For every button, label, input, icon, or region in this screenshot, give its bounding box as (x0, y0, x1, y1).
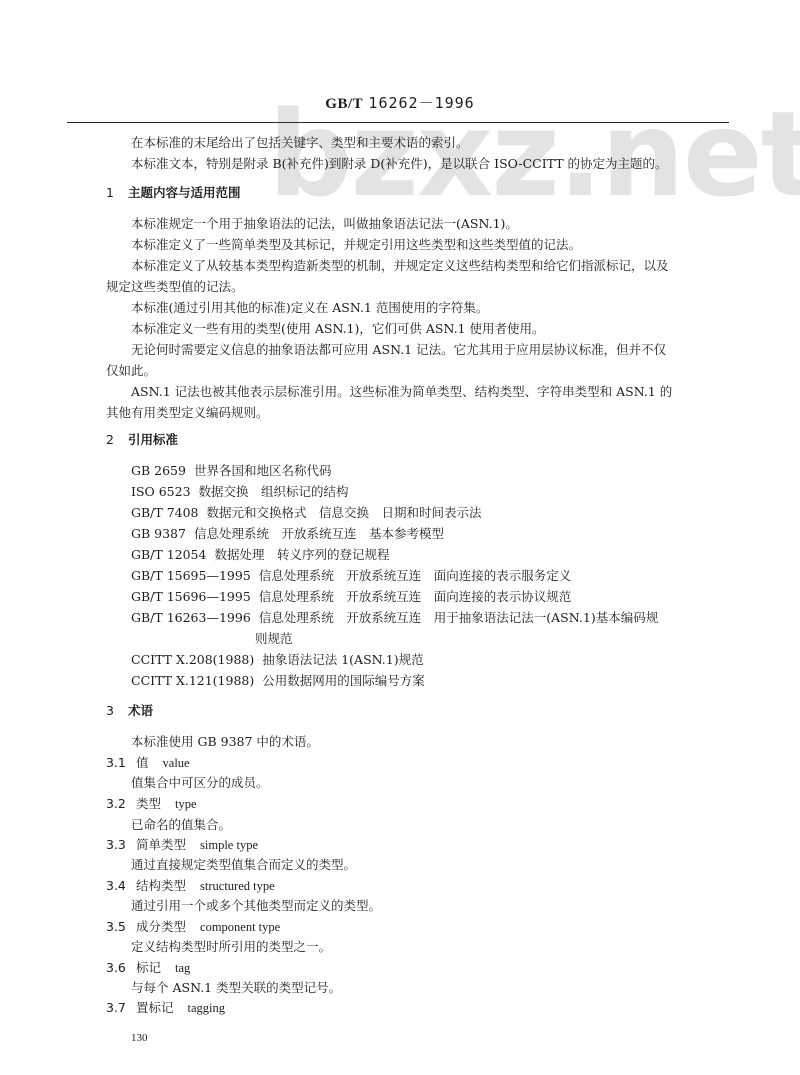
reference-code: CCITT X.208(1988) (131, 652, 254, 668)
term-entry: 3.2类型type (106, 796, 197, 812)
reference-item: CCITT X.208(1988)抽象语法记法 1(ASN.1)规范 (131, 652, 424, 668)
paragraph-line: 本标准(通过引用其他的标准)定义在 ASN.1 范围使用的字符集。 (131, 300, 488, 316)
term-number: 3.2 (106, 796, 136, 812)
paragraph-line: 无论何时需要定义信息的抽象语法都可应用 ASN.1 记法。它尤其用于应用层协议标… (131, 342, 666, 358)
term-entry: 3.1值value (106, 755, 190, 771)
term-entry: 3.6标记tag (106, 960, 190, 976)
reference-continuation: 则规范 (255, 631, 293, 647)
reference-code: GB 9387 (131, 526, 186, 542)
reference-item: GB/T 12054数据处理 转义序列的登记规程 (131, 547, 389, 563)
term-zh: 简单类型 (136, 837, 186, 852)
section-heading-1: 1主题内容与适用范围 (106, 185, 241, 201)
term-zh: 置标记 (136, 1000, 174, 1015)
term-zh: 结构类型 (136, 878, 186, 893)
term-en: type (175, 797, 197, 811)
reference-code: GB/T 12054 (131, 547, 206, 563)
term-en: tag (175, 961, 190, 975)
section-number: 1 (106, 185, 128, 201)
section-heading-2: 2引用标准 (106, 432, 178, 448)
term-entry: 3.4结构类型structured type (106, 878, 275, 894)
reference-item: GB/T 15696—1995信息处理系统 开放系统互连 面向连接的表示协议规范 (131, 589, 571, 605)
reference-item: GB/T 16263—1996信息处理系统 开放系统互连 用于抽象语法记法一(A… (131, 610, 658, 626)
paragraph-line: 规定这些类型值的记法。 (106, 279, 244, 295)
term-en: value (163, 756, 190, 770)
term-definition: 值集合中可区分的成员。 (131, 775, 269, 791)
paragraph-line: 本标准规定一个用于抽象语法的记法，叫做抽象语法记法一(ASN.1)。 (131, 216, 518, 232)
term-en: structured type (200, 879, 275, 893)
paragraph-line: 本标准使用 GB 9387 中的术语。 (131, 734, 319, 750)
term-definition: 已命名的值集合。 (131, 817, 231, 833)
reference-item: GB/T 7408数据元和交换格式 信息交换 日期和时间表示法 (131, 505, 482, 521)
reference-title: 世界各国和地区名称代码 (194, 463, 332, 478)
paragraph-line: 本标准定义了一些简单类型及其标记，并规定引用这些类型和这些类型值的记法。 (131, 237, 581, 253)
term-definition: 通过直接规定类型值集合而定义的类型。 (131, 857, 356, 873)
section-heading-3: 3术语 (106, 703, 153, 719)
term-number: 3.6 (106, 960, 136, 976)
intro-line: 在本标准的末尾给出了包括关键字、类型和主要术语的索引。 (131, 135, 469, 151)
page-header: GB/T 16262－1996 (0, 92, 800, 113)
term-zh: 成分类型 (136, 919, 186, 934)
term-zh: 类型 (136, 796, 161, 811)
term-number: 3.7 (106, 1000, 136, 1016)
term-entry: 3.5成分类型component type (106, 919, 280, 935)
reference-title: 数据处理 转义序列的登记规程 (214, 547, 389, 562)
reference-item: GB 2659世界各国和地区名称代码 (131, 463, 331, 479)
reference-item: ISO 6523数据交换 组织标记的结构 (131, 484, 349, 500)
section-title: 术语 (128, 703, 153, 718)
term-definition: 通过引用一个或多个其他类型而定义的类型。 (131, 898, 381, 914)
reference-title: 公用数据网用的国际编号方案 (262, 673, 425, 688)
intro-line: 本标准文本，特别是附录 B(补充件)到附录 D(补充件)，是以联合 ISO-CC… (131, 156, 668, 172)
reference-item: GB/T 15695—1995信息处理系统 开放系统互连 面向连接的表示服务定义 (131, 568, 571, 584)
reference-code: GB/T 15696—1995 (131, 589, 251, 605)
reference-title: 抽象语法记法 1(ASN.1)规范 (262, 652, 423, 667)
term-definition: 定义结构类型时所引用的类型之一。 (131, 939, 331, 955)
reference-title: 信息处理系统 开放系统互连 面向连接的表示服务定义 (259, 568, 572, 583)
paragraph-line: ASN.1 记法也被其他表示层标准引用。这些标准为简单类型、结构类型、字符串类型… (131, 384, 672, 400)
reference-title: 信息处理系统 开放系统互连 用于抽象语法记法一(ASN.1)基本编码规 (259, 610, 658, 625)
header-rule (67, 122, 729, 123)
reference-code: GB/T 15695—1995 (131, 568, 251, 584)
term-number: 3.5 (106, 919, 136, 935)
standard-code: GB/T (325, 96, 363, 112)
paragraph-line: 仅如此。 (106, 363, 156, 379)
page-number: 130 (131, 1032, 148, 1044)
paragraph-line: 本标准定义了从较基本类型构造新类型的机制，并规定定义这些结构类型和给它们指派标记… (131, 258, 669, 274)
paragraph-line: 本标准定义一些有用的类型(使用 ASN.1)，它们可供 ASN.1 使用者使用。 (131, 321, 544, 337)
reference-title: 信息处理系统 开放系统互连 基本参考模型 (194, 526, 444, 541)
term-en: component type (200, 920, 280, 934)
section-number: 3 (106, 703, 128, 719)
reference-item: GB 9387信息处理系统 开放系统互连 基本参考模型 (131, 526, 444, 542)
term-en: simple type (200, 838, 258, 852)
term-entry: 3.7置标记tagging (106, 1000, 225, 1016)
term-number: 3.3 (106, 837, 136, 853)
term-entry: 3.3简单类型simple type (106, 837, 258, 853)
section-title: 引用标准 (128, 432, 178, 447)
reference-title: 信息处理系统 开放系统互连 面向连接的表示协议规范 (259, 589, 572, 604)
term-zh: 标记 (136, 960, 161, 975)
reference-item: CCITT X.121(1988)公用数据网用的国际编号方案 (131, 673, 425, 689)
term-zh: 值 (136, 755, 149, 770)
reference-title: 数据元和交换格式 信息交换 日期和时间表示法 (207, 505, 482, 520)
section-title: 主题内容与适用范围 (128, 185, 241, 200)
reference-code: GB 2659 (131, 463, 186, 479)
term-definition: 与每个 ASN.1 类型关联的类型记号。 (131, 980, 341, 996)
standard-number: 16262－1996 (368, 94, 474, 112)
reference-title: 数据交换 组织标记的结构 (199, 484, 349, 499)
paragraph-line: 其他有用类型定义编码规则。 (106, 405, 269, 421)
reference-code: CCITT X.121(1988) (131, 673, 254, 689)
reference-code: GB/T 16263—1996 (131, 610, 251, 626)
reference-code: ISO 6523 (131, 484, 191, 500)
reference-code: GB/T 7408 (131, 505, 199, 521)
document-page: GB/T 16262－1996 在本标准的末尾给出了包括关键字、类型和主要术语的… (0, 0, 800, 1075)
term-en: tagging (188, 1001, 226, 1015)
term-number: 3.4 (106, 878, 136, 894)
term-number: 3.1 (106, 755, 136, 771)
section-number: 2 (106, 432, 128, 448)
